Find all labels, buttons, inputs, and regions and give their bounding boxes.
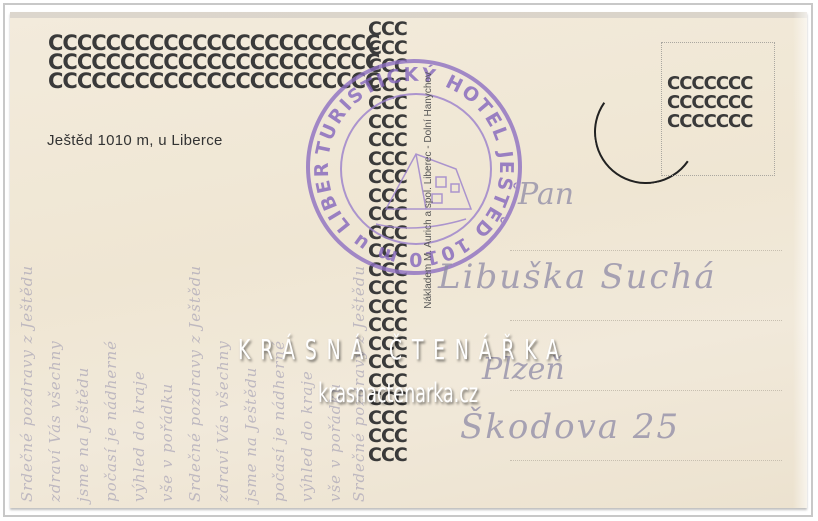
handwriting-column: Srdečné pozdravy z Ještědu — [186, 142, 204, 502]
address-line — [510, 390, 782, 391]
handwriting-column: počasí je nádherné — [270, 142, 288, 502]
postcard-edge-highlight — [793, 12, 807, 508]
address-salutation: Pan — [518, 177, 574, 212]
handwriting-column: jsme na Ještědu — [74, 142, 92, 502]
postcard-caption: Ještěd 1010 m, u Liberce — [47, 132, 223, 149]
handwriting-column: výhled do kraje — [130, 142, 148, 502]
address-name: Libuška Suchá — [438, 257, 717, 297]
postcard: Srdečné pozdravy z Ještědu zdraví Vás vš… — [10, 12, 807, 508]
watermark-url[interactable]: krasnactenarka.cz — [318, 378, 478, 409]
address-line — [510, 460, 782, 461]
handwriting-column: jsme na Ještědu — [242, 142, 260, 502]
address-street: Škodova 25 — [460, 407, 680, 447]
watermark-title: KRÁSNÁ ČTENÁŘKA — [238, 333, 569, 366]
handwriting-column: počasí je nádherné — [102, 142, 120, 502]
hotel-rubber-stamp: TURISTICKÝ HOTEL JEŠTĚD 1010 m u LIBERCE — [306, 59, 522, 275]
handwriting-column: vše v pořádku — [158, 142, 176, 502]
address-line — [510, 320, 782, 321]
printer-credit: Nákladem M. Aurich a spol. Liberec - Dol… — [423, 72, 434, 309]
postage-stamp-box — [661, 42, 775, 176]
address-line — [510, 250, 782, 251]
stamp-inner-ring — [340, 93, 492, 245]
handwriting-column: zdraví Vás všechny — [46, 32, 64, 502]
handwriting-column: zdraví Vás všechny — [214, 142, 232, 502]
handwriting-column: Srdečné pozdravy z Ještědu — [350, 252, 368, 502]
handwriting-column: Srdečné pozdravy z Ještědu — [18, 22, 36, 502]
postcard-edge-shadow — [10, 12, 807, 18]
